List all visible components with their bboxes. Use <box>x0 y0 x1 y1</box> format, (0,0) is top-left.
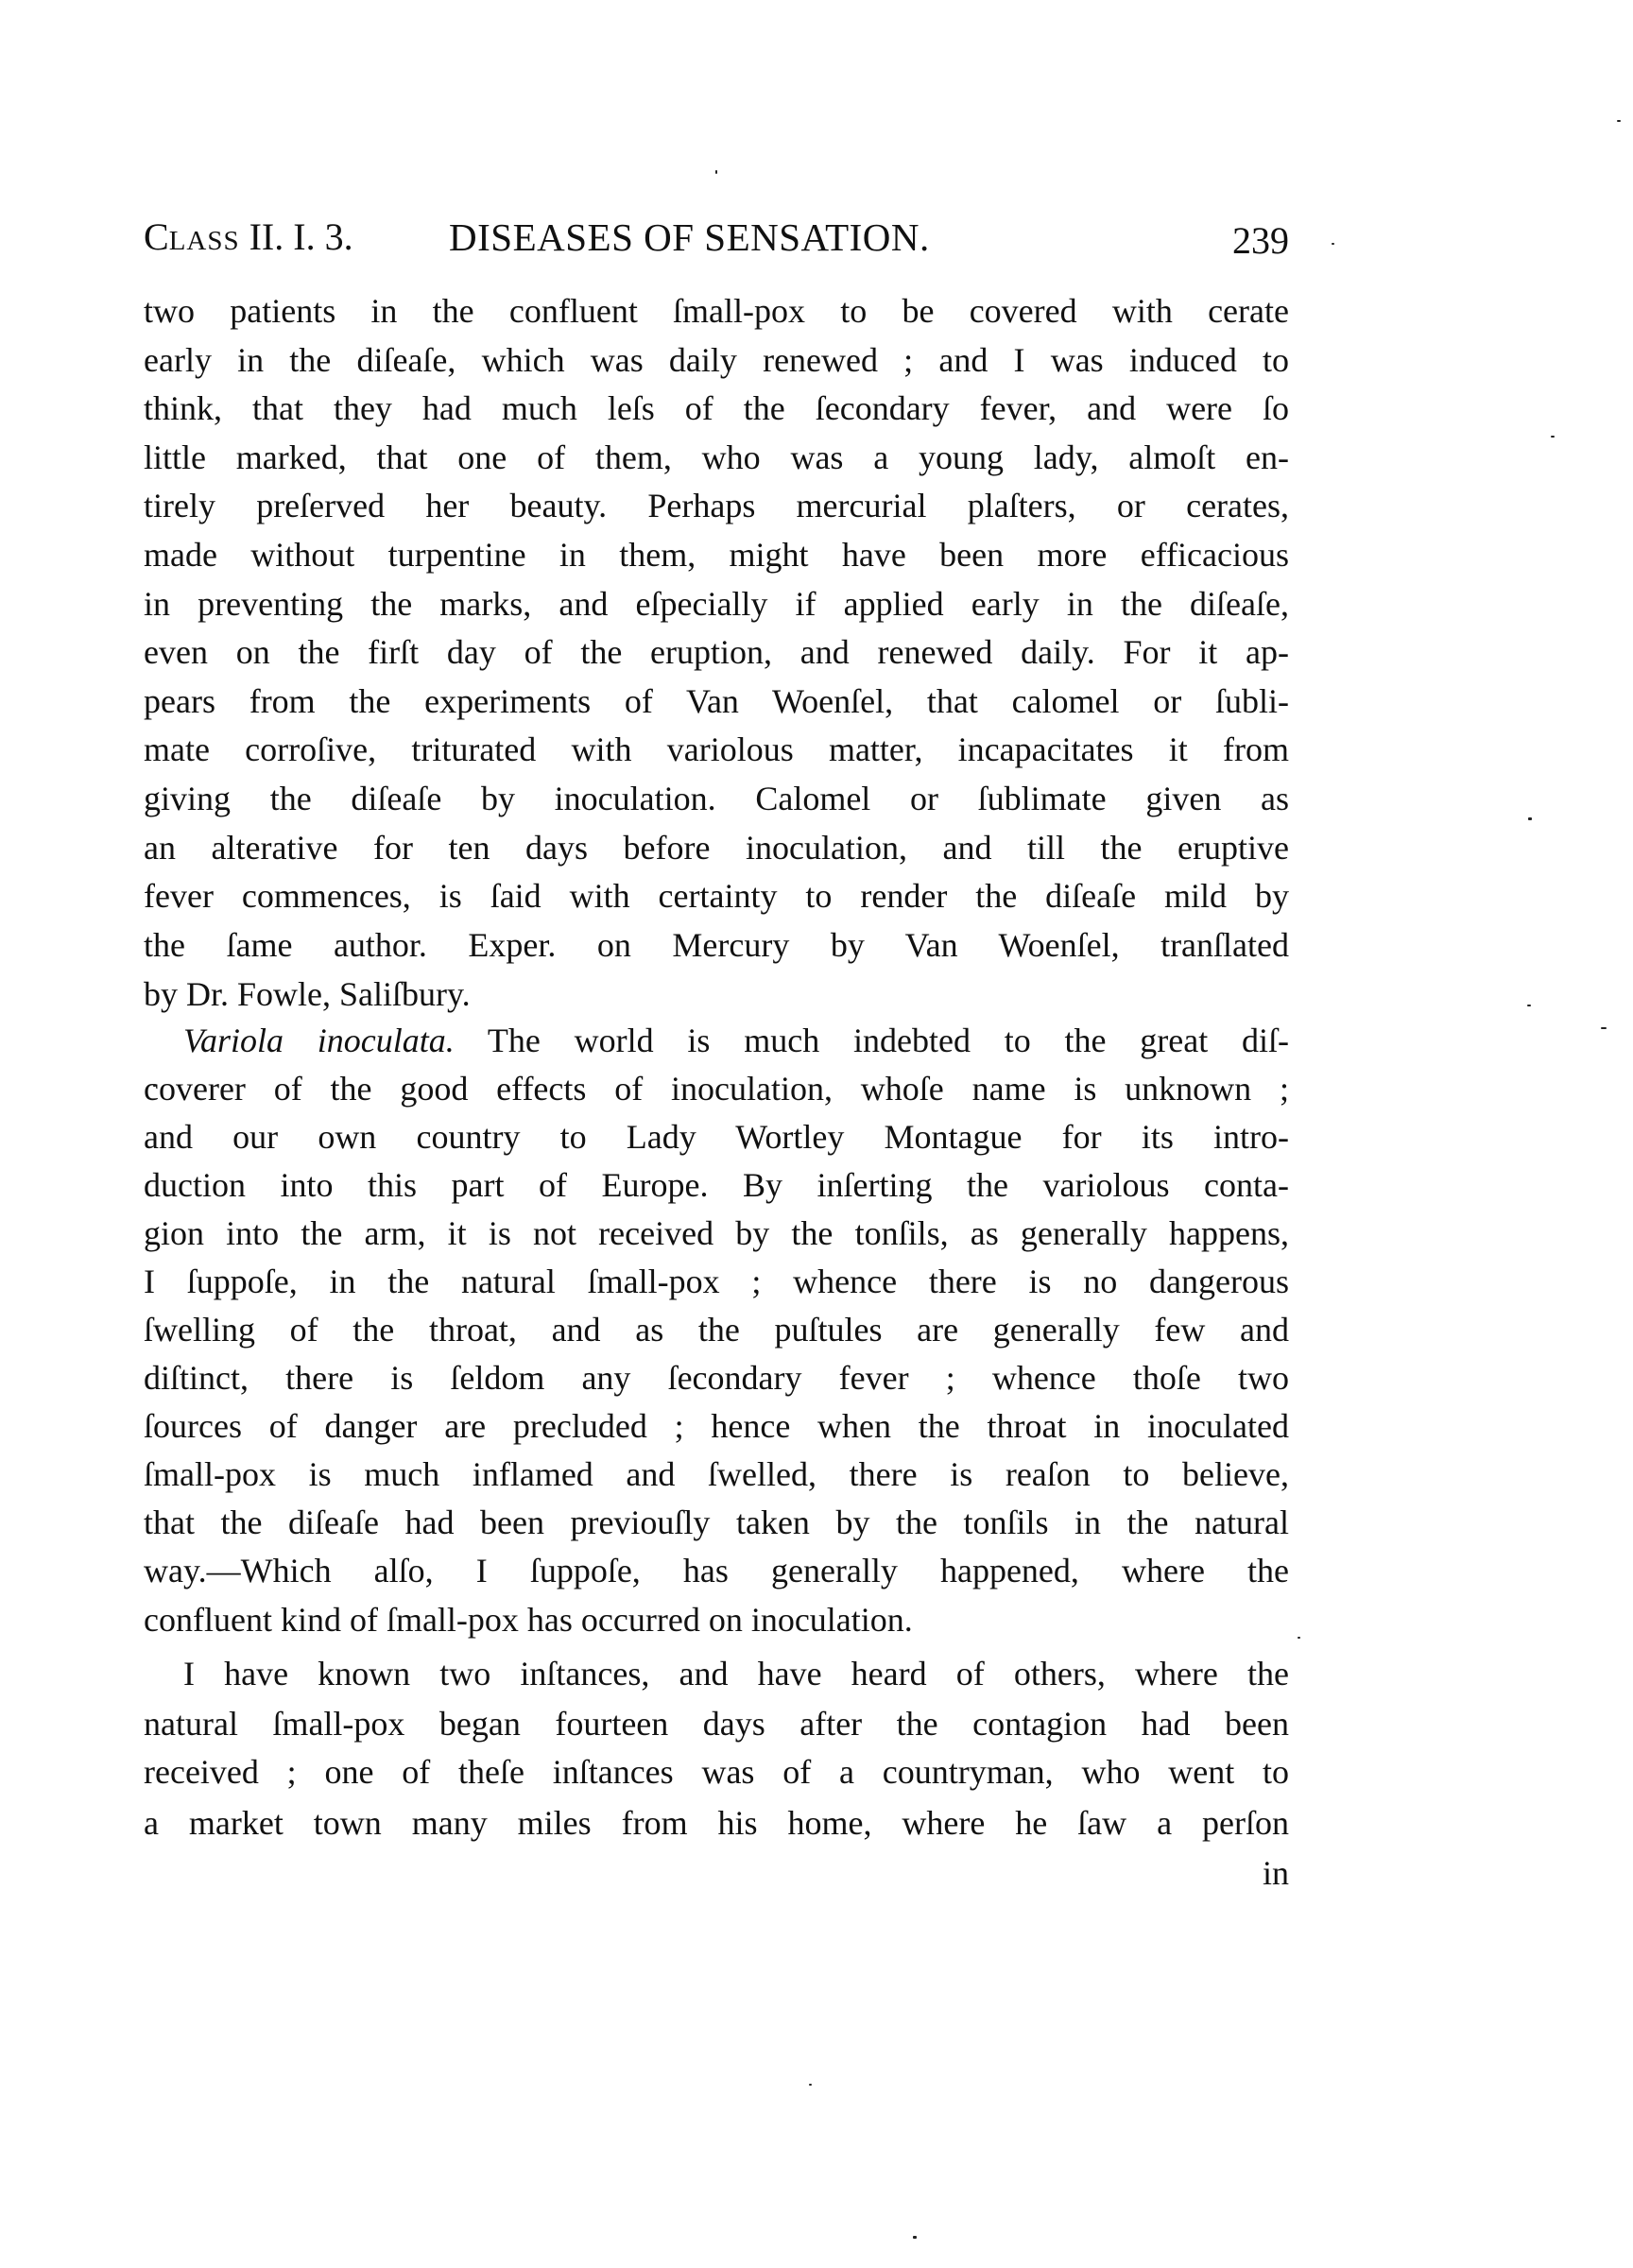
scan-speck <box>1528 817 1532 820</box>
class-number: II. I. 3. <box>240 215 353 258</box>
scan-speck <box>1527 1005 1531 1006</box>
text-span: The world is much indebted to the great … <box>455 1022 1289 1059</box>
scan-speck <box>1551 436 1555 438</box>
class-smallcaps: LASS <box>169 226 240 256</box>
text-line: and our own country to Lady Wortley Mont… <box>144 1113 1289 1160</box>
text-line: I ſuppoſe, in the natural ſmall-pox ; wh… <box>144 1258 1289 1305</box>
running-title: DISEASES OF SENSATION. <box>449 214 930 261</box>
page-number: 239 <box>1232 217 1289 265</box>
text-line: even on the firſt day of the eruption, a… <box>144 628 1289 676</box>
text-line: I have known two inſtances, and have hea… <box>144 1650 1289 1697</box>
scan-speck <box>1298 1637 1300 1639</box>
book-page: CLASS II. I. 3. DISEASES OF SENSATION. 2… <box>0 0 1633 2268</box>
text-line: way.—Which alſo, I ſuppoſe, has generall… <box>144 1547 1289 1594</box>
text-line: Variola inoculata. The world is much ind… <box>144 1017 1289 1064</box>
class-initial: C <box>144 215 169 258</box>
scan-speck <box>1617 120 1621 122</box>
text-line: think, that they had much leſs of the ſe… <box>144 385 1289 432</box>
text-line: diſtinct, there is ſeldom any ſecondary … <box>144 1354 1289 1401</box>
text-line: giving the diſeaſe by inoculation. Calom… <box>144 775 1289 822</box>
text-line: ſources of danger are precluded ; hence … <box>144 1402 1289 1450</box>
text-line: ſmall-pox is much inflamed and ſwelled, … <box>144 1451 1289 1498</box>
text-line: received ; one of theſe inſtances was of… <box>144 1748 1289 1795</box>
text-line: a market town many miles from his home, … <box>144 1799 1289 1847</box>
scan-speck <box>913 2236 917 2239</box>
scan-speck <box>809 2084 812 2086</box>
text-line: by Dr. Fowle, Saliſbury. <box>144 971 1289 1018</box>
text-line: in preventing the marks, and eſpecially … <box>144 580 1289 627</box>
scan-speck <box>715 170 717 174</box>
text-line: the ſame author. Exper. on Mercury by Va… <box>144 921 1289 969</box>
text-line: duction into this part of Europe. By inſ… <box>144 1161 1289 1209</box>
text-line: gion into the arm, it is not received by… <box>144 1210 1289 1257</box>
scan-speck <box>1601 1027 1607 1029</box>
text-line: confluent kind of ſmall-pox has occurred… <box>144 1596 1289 1643</box>
text-line: coverer of the good effects of inoculati… <box>144 1065 1289 1112</box>
text-line: ſwelling of the throat, and as the puſtu… <box>144 1306 1289 1353</box>
text-line: pears from the experiments of Van Woenſe… <box>144 678 1289 725</box>
text-line: little marked, that one of them, who was… <box>144 434 1289 481</box>
catchword: in <box>144 1849 1289 1897</box>
text-line: early in the diſeaſe, which was daily re… <box>144 336 1289 384</box>
scan-speck <box>153 1084 156 1087</box>
text-line: fever commences, is ſaid with certainty … <box>144 872 1289 919</box>
text-line: mate corroſive, triturated with variolou… <box>144 726 1289 773</box>
text-line: made without turpentine in them, might h… <box>144 531 1289 578</box>
running-header: CLASS II. I. 3. DISEASES OF SENSATION. 2… <box>144 214 1289 261</box>
text-line: tirely preſerved her beauty. Perhaps mer… <box>144 482 1289 529</box>
text-line: an alterative for ten days before inocul… <box>144 824 1289 871</box>
text-line: two patients in the confluent ſmall-pox … <box>144 287 1289 335</box>
scan-speck <box>1332 243 1334 245</box>
text-line: natural ſmall-pox began fourteen days af… <box>144 1700 1289 1747</box>
text-line: that the diſeaſe had been previouſly tak… <box>144 1499 1289 1546</box>
class-section-label: CLASS II. I. 3. <box>144 214 353 265</box>
italic-term: Variola inoculata. <box>183 1022 455 1059</box>
